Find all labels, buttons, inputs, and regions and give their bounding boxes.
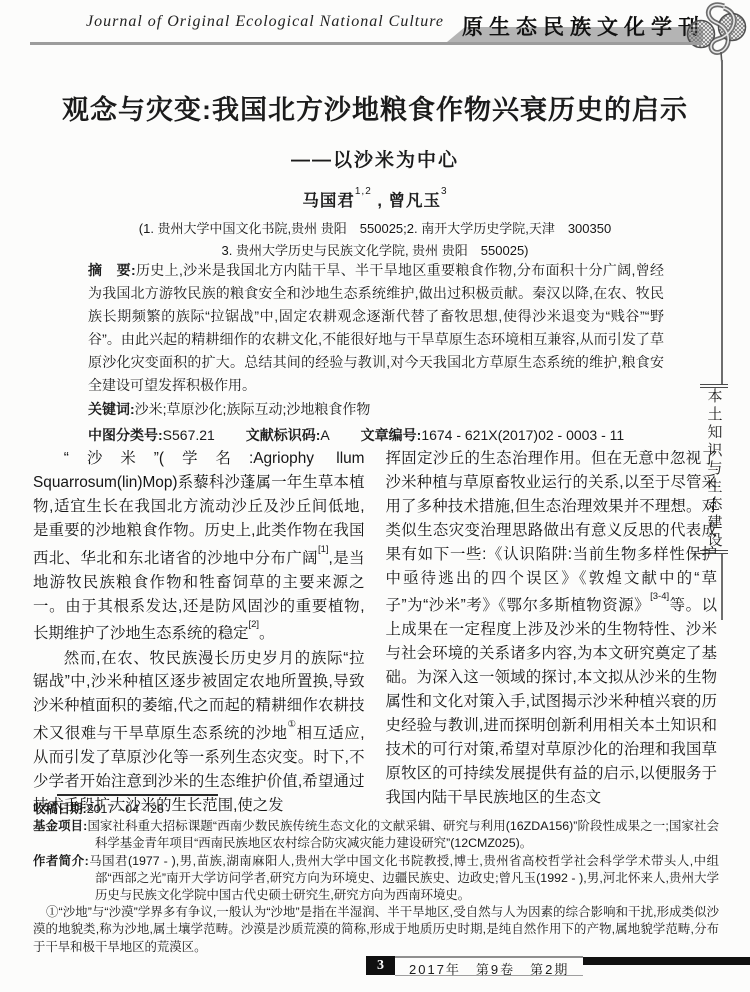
author-name: 马国君 <box>302 192 355 210</box>
body-paragraph: “沙米”(学名:Agriophy llum Squarrosum(lin)Mop… <box>33 447 365 647</box>
article-subtitle: ——以沙米为中心 <box>33 145 717 172</box>
journal-page: Journal of Original Ecological National … <box>0 0 750 992</box>
header-rule <box>30 42 702 45</box>
abstract-text: 历史上,沙米是我国北方内陆干旱、半干旱地区重要粮食作物,分布面积十分广阔,曾经为… <box>88 262 664 393</box>
body-paragraph: 然而,在农、牧民族漫长历史岁月的族际“拉锯战”中,沙米种植区逐步被固定农地所置换… <box>33 647 365 818</box>
clc-number: 中图分类号:S567.21 <box>88 424 215 447</box>
abstract-label: 摘 要: <box>88 262 136 278</box>
received-date-line: 收稿日期:2017 - 04 - 26 <box>33 801 719 818</box>
article-id: 文章编号:1674 - 621X(2017)02 - 0003 - 11 <box>361 424 625 447</box>
keywords-text: 沙米;草原沙化;族际互动;沙地粮食作物 <box>135 401 371 417</box>
abstract-block: 摘 要:历史上,沙米是我国北方内陆干旱、半干旱地区重要粮食作物,分布面积十分广阔… <box>88 259 664 447</box>
chinese-knot-icon <box>684 2 750 66</box>
footnote-1: ①“沙地”与“沙漠”学界多有争议,一般认为“沙地”是指在半湿润、半干旱地区,受自… <box>33 904 719 956</box>
document-code: 文献标识码:A <box>246 424 330 447</box>
page-footer: 3 2017年 第9卷 第2期 <box>0 956 750 976</box>
journal-name-chinese: 原生态民族文化学刊 <box>462 11 698 41</box>
article-authors: 马国君1,2 , 曾凡玉3 <box>33 187 717 211</box>
journal-name-english: Journal of Original Ecological National … <box>86 13 444 31</box>
author-bio-line: 作者简介:马国君(1977 - ),男,苗族,湖南麻阳人,贵州大学中国文化书院教… <box>33 853 719 905</box>
right-column: 挥固定沙丘的生态治理作用。但在无意中忽视了沙米种植与草原畜牧业运行的关系,以至于… <box>386 447 718 818</box>
affiliations: (1. 贵州大学中国文化书院,贵州 贵阳 550025;2. 南开大学历史学院,… <box>33 218 717 262</box>
page-number: 3 <box>366 956 395 975</box>
footnote-separator <box>57 794 218 796</box>
author-affiliation-sup: 1,2 <box>355 186 372 197</box>
keywords-label: 关键词: <box>88 401 135 417</box>
footer-black-bar <box>583 957 750 965</box>
author-name: 曾凡玉 <box>389 192 442 210</box>
left-column: “沙米”(学名:Agriophy llum Squarrosum(lin)Mop… <box>33 447 365 818</box>
author-affiliation-sup: 3 <box>441 186 448 197</box>
fund-project-line: 基金项目:国家社科重大招标课题“西南少数民族传统生态文化的文献采辑、研究与利用(… <box>33 818 719 852</box>
issue-info: 2017年 第9卷 第2期 <box>395 956 583 976</box>
affiliation-line: (1. 贵州大学中国文化书院,贵州 贵阳 550025;2. 南开大学历史学院,… <box>33 218 717 240</box>
classification-line: 中图分类号:S567.21 文献标识码:A 文章编号:1674 - 621X(2… <box>88 424 664 447</box>
article-title: 观念与灾变:我国北方沙地粮食作物兴衰历史的启示 <box>33 92 717 128</box>
article-body: “沙米”(学名:Agriophy llum Squarrosum(lin)Mop… <box>33 447 717 818</box>
title-block: 观念与灾变:我国北方沙地粮食作物兴衰历史的启示 ——以沙米为中心 马国君1,2 … <box>33 92 717 262</box>
footnotes: 收稿日期:2017 - 04 - 26 基金项目:国家社科重大招标课题“西南少数… <box>33 801 719 956</box>
keywords-line: 关键词:沙米;草原沙化;族际互动;沙地粮食作物 <box>88 398 664 421</box>
abstract-paragraph: 摘 要:历史上,沙米是我国北方内陆干旱、半干旱地区重要粮食作物,分布面积十分广阔… <box>88 259 664 397</box>
body-paragraph: 挥固定沙丘的生态治理作用。但在无意中忽视了沙米种植与草原畜牧业运行的关系,以至于… <box>386 447 718 810</box>
author-separator: , <box>372 192 389 210</box>
